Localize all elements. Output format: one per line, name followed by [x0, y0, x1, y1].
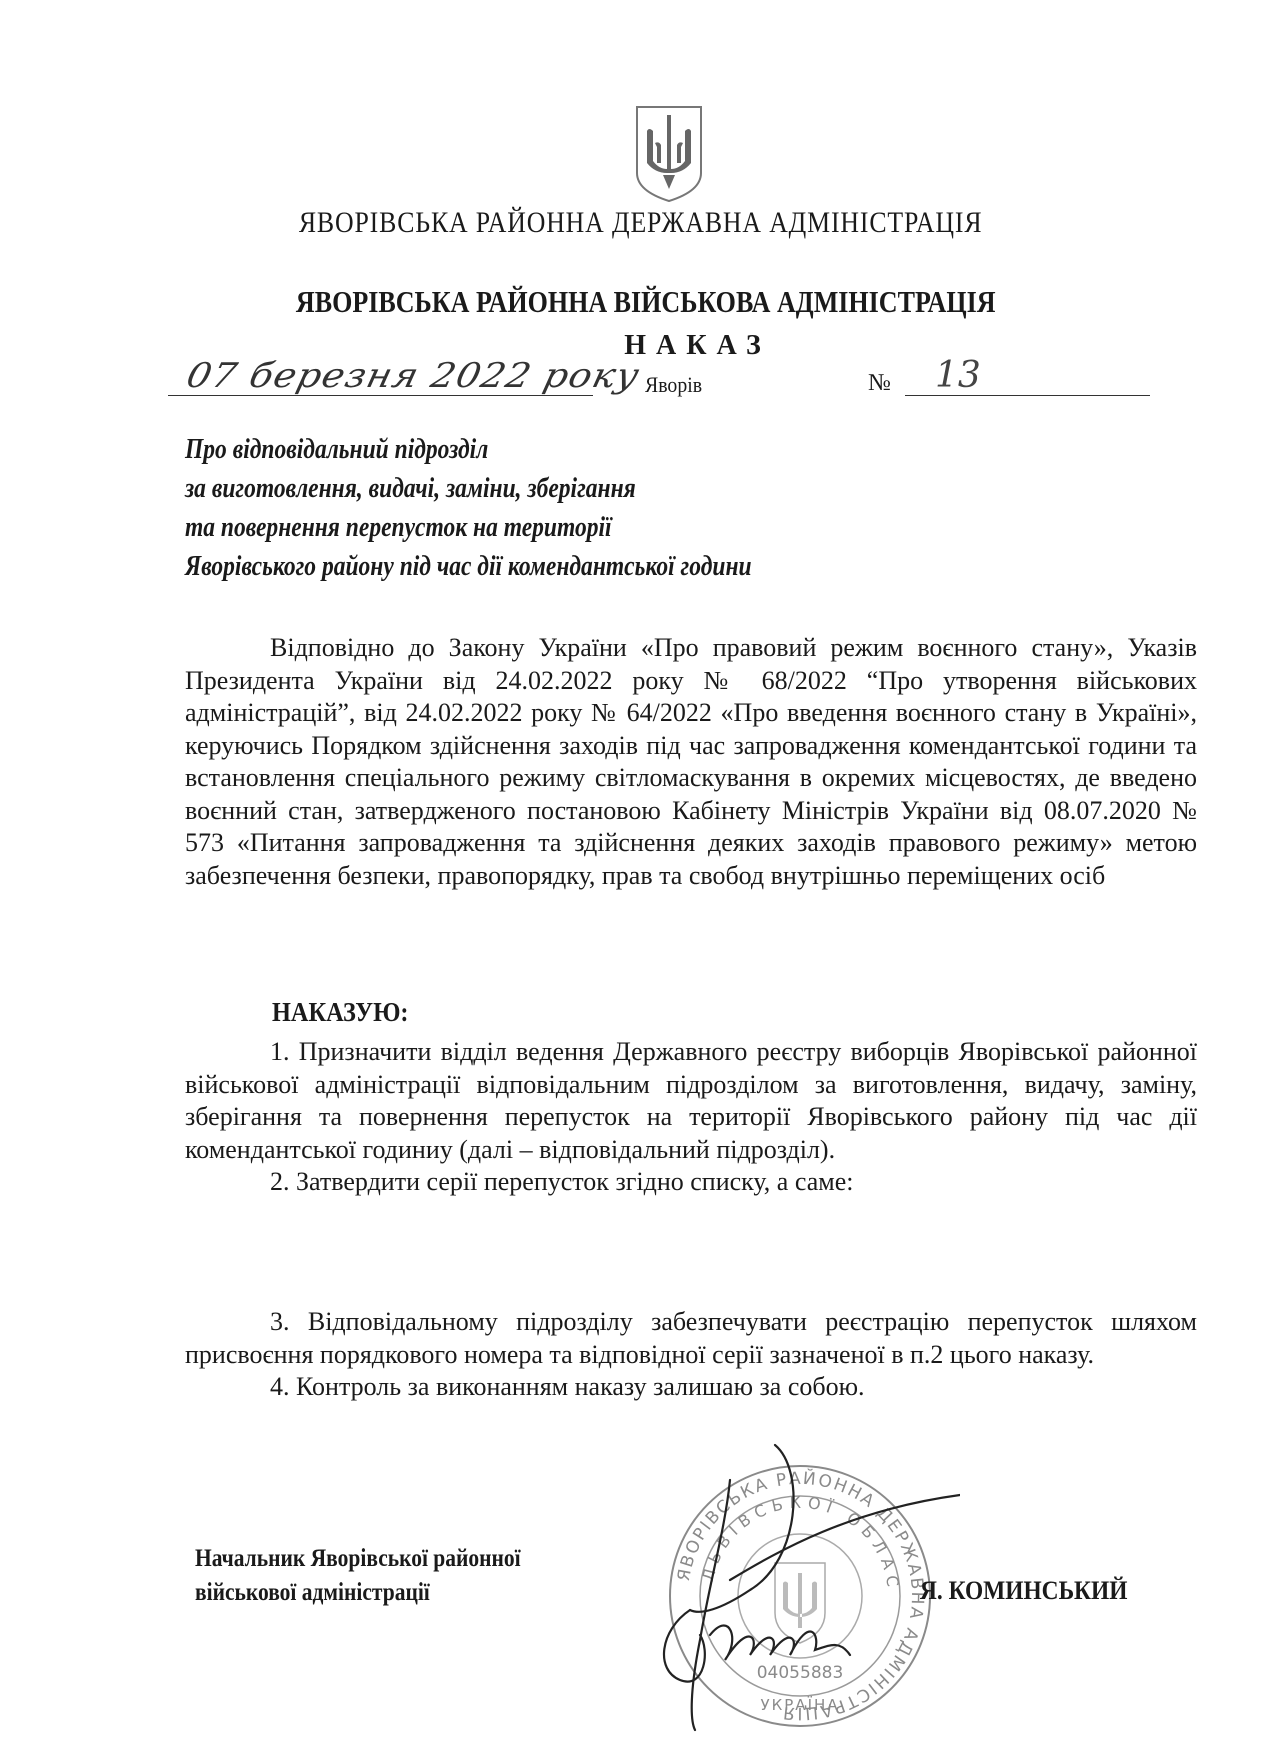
- order-items-3-4: 3. Відповідальному підрозділу забезпечув…: [185, 1306, 1197, 1404]
- number-label: №: [868, 370, 891, 397]
- signatory-name: Я. КОМИНСЬКИЙ: [920, 1576, 1127, 1606]
- subject-line: Про відповідальний підрозділ: [185, 430, 752, 469]
- order-items-1-2: 1. Призначити відділ ведення Державного …: [185, 1036, 1197, 1199]
- signatory-title: Начальник Яворівської районної військово…: [195, 1542, 521, 1610]
- subject-line: та повернення перепусток на території: [185, 508, 752, 547]
- signatory-title-line2: військової адміністрації: [195, 1576, 521, 1610]
- date-handwritten: 07 березня 2022 року: [183, 356, 644, 396]
- city: Яворів: [645, 372, 702, 398]
- date-underline: [168, 395, 593, 396]
- handwritten-signature: [630, 1440, 960, 1740]
- order-item-4: 4. Контроль за виконанням наказу залишаю…: [185, 1371, 1197, 1404]
- preamble-text: Відповідно до Закону України «Про правов…: [185, 632, 1197, 892]
- order-item-2: 2. Затвердити серії перепусток згідно сп…: [185, 1166, 1197, 1199]
- order-item-1: 1. Призначити відділ ведення Державного …: [185, 1036, 1197, 1166]
- preamble: Відповідно до Закону України «Про правов…: [185, 632, 1197, 892]
- order-item-3: 3. Відповідальному підрозділу забезпечув…: [185, 1306, 1197, 1371]
- signatory-title-line1: Начальник Яворівської районної: [195, 1542, 521, 1576]
- subject-line: за виготовлення, видачі, заміни, зберіга…: [185, 469, 752, 508]
- organization-main: ЯВОРІВСЬКА РАЙОННА ВІЙСЬКОВА АДМІНІСТРАЦ…: [110, 284, 1181, 320]
- subject-block: Про відповідальний підрозділ за виготовл…: [185, 430, 752, 586]
- number-underline: [905, 395, 1150, 396]
- number-handwritten: 13: [935, 355, 981, 396]
- subject-line: Яворівського району під час дії комендан…: [185, 547, 752, 586]
- organization-top: ЯВОРІВСЬКА РАЙОННА ДЕРЖАВНА АДМІНІСТРАЦІ…: [92, 206, 1189, 240]
- coat-of-arms-icon: [633, 103, 705, 203]
- order-heading: НАКАЗУЮ:: [272, 997, 409, 1028]
